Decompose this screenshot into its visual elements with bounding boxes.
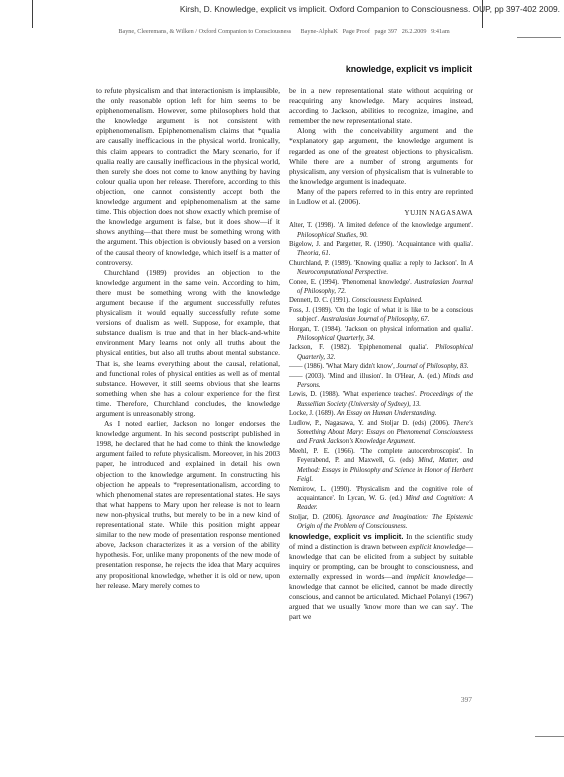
next-entry: knowledge, explicit vs implicit. In the … — [289, 532, 473, 623]
proof-line: Bayne, Cleeremans, & Wilken / Oxford Com… — [86, 28, 482, 35]
author-name: YUJIN NAGASAWA — [289, 209, 473, 217]
running-head: knowledge, explicit vs implicit — [96, 64, 472, 74]
paragraph: to refute physicalism and that interacti… — [96, 86, 280, 268]
reference-item: Bigelow, J. and Pargetter, R. (1990). 'A… — [289, 240, 473, 259]
paragraph: Churchland (1989) provides an objection … — [96, 268, 280, 419]
reference-item: Horgan, T. (1984). 'Jackson on physical … — [289, 325, 473, 344]
page: Kirsh, D. Knowledge, explicit vs implici… — [0, 0, 564, 777]
proof-rule-top-right — [517, 37, 561, 38]
citation-header: Kirsh, D. Knowledge, explicit vs implici… — [0, 4, 560, 14]
reference-item: —— (2003). 'Mind and illusion'. In O'Hea… — [289, 372, 473, 391]
proof-rule-bottom-right — [535, 736, 564, 737]
reference-item: Jackson, F. (1982). 'Epiphenomenal quali… — [289, 343, 473, 362]
page-number: 397 — [96, 695, 472, 704]
reference-item: Nemirow, L. (1990). 'Physicalism and the… — [289, 485, 473, 513]
reference-item: Lewis, D. (1988). 'What experience teach… — [289, 390, 473, 409]
reference-item: Conee, E. (1994). 'Phenomenal knowledge'… — [289, 278, 473, 297]
paragraph: be in a new representational state witho… — [289, 86, 473, 126]
reference-item: Meehl, P. E. (1966). 'The complete autoc… — [289, 447, 473, 485]
entry-heading: knowledge, explicit vs implicit. — [289, 532, 404, 541]
paragraph: Along with the conceivability argument a… — [289, 126, 473, 187]
reference-item: Locke, J. (1689). An Essay on Human Unde… — [289, 409, 473, 418]
text-columns: to refute physicalism and that interacti… — [96, 86, 473, 622]
reference-item: Ludlow, P., Nagasawa, Y. and Stoljar D. … — [289, 419, 473, 447]
reference-item: Stoljar, D. (2006). Ignorance and Imagin… — [289, 513, 473, 532]
reference-item: Alter, T. (1998). 'A limited defence of … — [289, 221, 473, 240]
references-list: Alter, T. (1998). 'A limited defence of … — [289, 221, 473, 531]
paragraph: As I noted earlier, Jackson no longer en… — [96, 419, 280, 591]
left-column: to refute physicalism and that interacti… — [96, 86, 280, 622]
reference-item: —— (1986). 'What Mary didn't know', Jour… — [289, 362, 473, 371]
right-column: be in a new representational state witho… — [289, 86, 473, 622]
reference-item: Churchland, P. (1989). 'Knowing qualia: … — [289, 259, 473, 278]
reference-item: Dennett, D. C. (1991). Consciousness Exp… — [289, 296, 473, 305]
entry-body: In the scientific study of mind a distin… — [289, 532, 473, 622]
reference-item: Foss, J. (1989). 'On the logic of what i… — [289, 306, 473, 325]
paragraph: Many of the papers referred to in this e… — [289, 187, 473, 207]
